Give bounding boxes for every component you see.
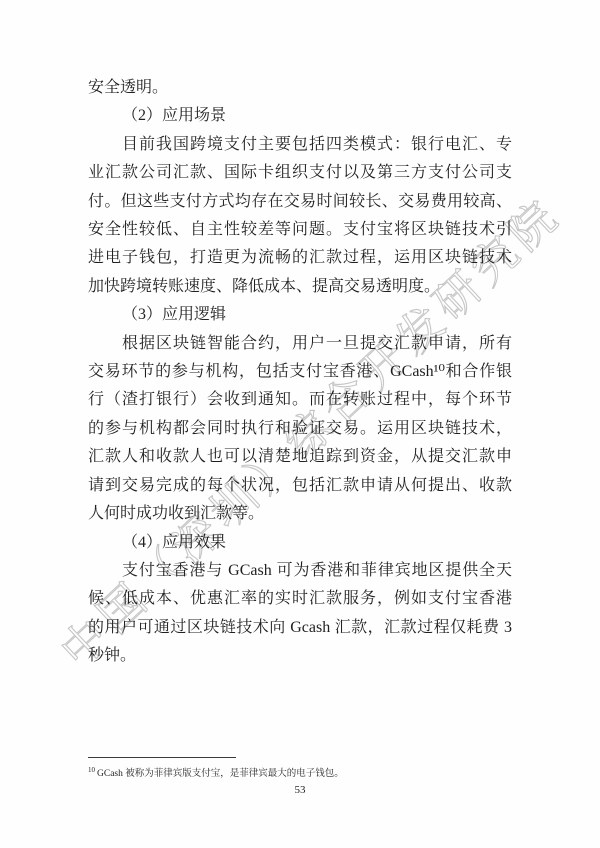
- text-line: 人何时成功收到汇款等。: [88, 500, 512, 528]
- body-text: 安全透明。 （2）应用场景 目前我国跨境支付主要包括四类模式：银行电汇、专 业汇…: [88, 74, 512, 671]
- footnote: 10GCash 被称为菲律宾版支付宝，是菲律宾最大的电子钱包。: [88, 763, 518, 781]
- text-line: 安全透明。: [88, 74, 512, 102]
- text-line: 秒钟。: [88, 642, 512, 670]
- text-line: 支付宝香港与 GCash 可为香港和菲律宾地区提供全天: [88, 557, 512, 585]
- document-page: 中国（深圳）综合开发研究院 安全透明。 （2）应用场景 目前我国跨境支付主要包括…: [0, 0, 600, 848]
- text-line: 交易环节的参与机构，包括支付宝香港、GCash¹⁰和合作银: [88, 358, 512, 386]
- text-line: 根据区块链智能合约，用户一旦提交汇款申请，所有: [88, 330, 512, 358]
- text-line: 汇款人和收款人也可以清楚地追踪到资金，从提交汇款申: [88, 443, 512, 471]
- footnote-divider: [88, 757, 236, 758]
- footnote-text: GCash 被称为菲律宾版支付宝，是菲律宾最大的电子钱包。: [97, 769, 344, 779]
- section-heading: （3）应用逻辑: [88, 301, 512, 329]
- text-line: 目前我国跨境支付主要包括四类模式：银行电汇、专: [88, 131, 512, 159]
- text-line: 付。但这些支付方式均存在交易时间较长、交易费用较高、: [88, 188, 512, 216]
- text-line: 加快跨境转账速度、降低成本、提高交易透明度。: [88, 273, 512, 301]
- section-heading: （4）应用效果: [88, 529, 512, 557]
- text-line: 进电子钱包，打造更为流畅的汇款过程，运用区块链技术: [88, 244, 512, 272]
- text-line: 候、低成本、优惠汇率的实时汇款服务，例如支付宝香港: [88, 585, 512, 613]
- section-heading: （2）应用场景: [88, 102, 512, 130]
- text-line: 的参与机构都会同时执行和验证交易。运用区块链技术，: [88, 415, 512, 443]
- text-line: 行（渣打银行）会收到通知。而在转账过程中，每个环节: [88, 386, 512, 414]
- text-line: 的用户可通过区块链技术向 Gcash 汇款，汇款过程仅耗费 3: [88, 614, 512, 642]
- footnote-marker: 10: [88, 766, 95, 774]
- text-line: 请到交易完成的每个状况，包括汇款申请从何提出、收款: [88, 472, 512, 500]
- page-number: 53: [0, 784, 600, 796]
- text-line: 安全性较低、自主性较差等问题。支付宝将区块链技术引: [88, 216, 512, 244]
- text-line: 业汇款公司汇款、国际卡组织支付以及第三方支付公司支: [88, 159, 512, 187]
